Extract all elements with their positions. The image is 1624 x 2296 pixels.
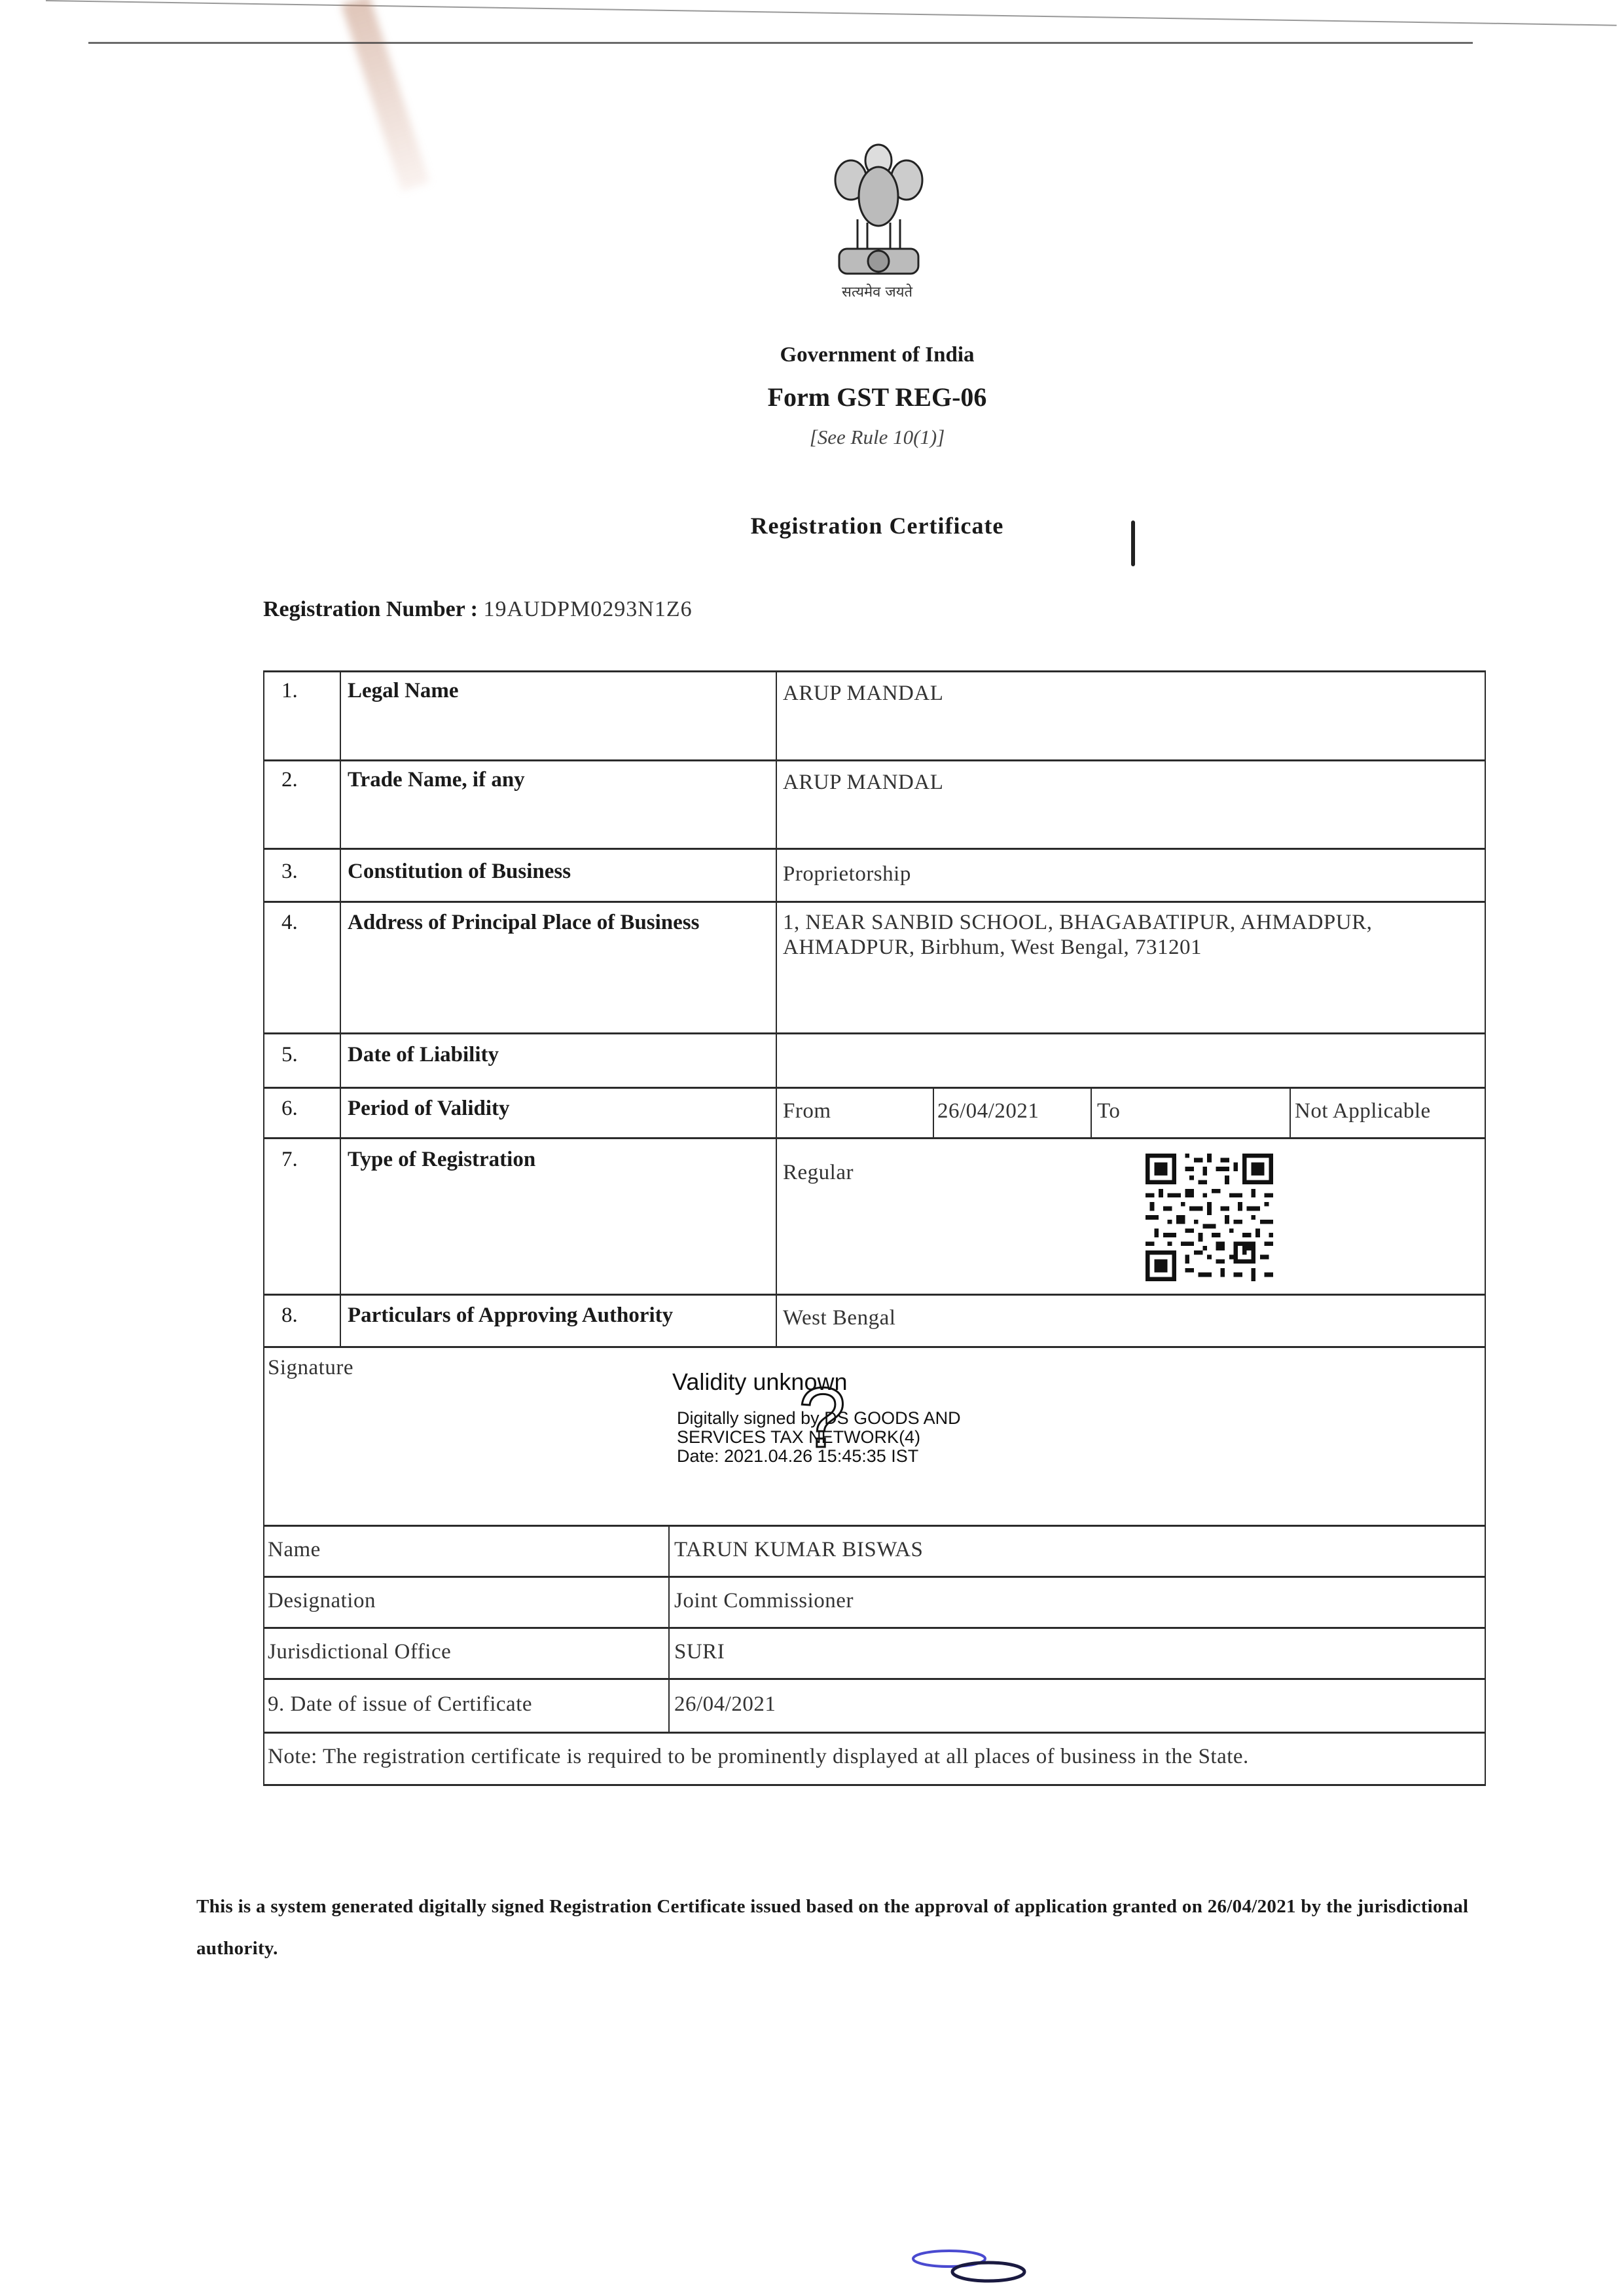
row-number: 4. [281,910,298,935]
designation-label: Designation [268,1588,376,1613]
emblem-motto: सत्यमेव जयते [785,282,969,301]
registration-number: Registration Number : 19AUDPM0293N1Z6 [263,597,693,622]
form-title: Form GST REG-06 [615,382,1139,412]
qr-code-icon [1146,1154,1273,1281]
label-period-of-validity: Period of Validity [348,1096,510,1121]
jurisdictional-office-value: SURI [674,1639,725,1664]
signed-by-line-2: SERVICES TAX NETWORK(4) [677,1428,961,1447]
scan-stain [341,0,430,191]
value-legal-name: ARUP MANDAL [783,681,943,706]
authority-name-value: TARUN KUMAR BISWAS [674,1537,923,1562]
validity-to-value: Not Applicable [1295,1099,1431,1123]
label-trade-name: Trade Name, if any [348,767,525,792]
value-constitution: Proprietorship [783,862,911,886]
registration-number-label: Registration Number : [263,597,478,621]
label-type-of-registration: Type of Registration [348,1147,535,1172]
jurisdictional-office-label: Jurisdictional Office [268,1639,451,1664]
signed-by-line-1: Digitally signed by DS GOODS AND [677,1409,961,1428]
national-emblem-icon [831,141,926,282]
authority-name-label: Name [268,1537,321,1562]
validity-to-label: To [1097,1099,1120,1123]
date-of-issue-value: 26/04/2021 [674,1692,776,1717]
row-number: 8. [281,1303,298,1328]
government-heading: Government of India [615,343,1139,367]
row-number: 1. [281,678,298,703]
registration-number-value: 19AUDPM0293N1Z6 [484,597,693,621]
row-number: 6. [281,1096,298,1121]
paper-edge [46,0,1617,26]
pen-scribble [897,2246,1054,2285]
validity-from-label: From [783,1099,831,1123]
top-rule [88,42,1473,44]
system-generated-notice: This is a system generated digitally sig… [196,1886,1538,1969]
row-number: 2. [281,767,298,792]
display-note: Note: The registration certificate is re… [268,1744,1479,1769]
validity-from-date: 26/04/2021 [937,1099,1039,1123]
label-legal-name: Legal Name [348,678,459,703]
label-address: Address of Principal Place of Business [348,910,767,935]
signature-details: Digitally signed by DS GOODS AND SERVICE… [677,1409,961,1466]
date-of-issue-label: 9. Date of issue of Certificate [268,1692,532,1717]
row-number: 3. [281,859,298,884]
scan-mark [1131,520,1135,566]
designation-value: Joint Commissioner [674,1588,854,1613]
value-address: 1, NEAR SANBID SCHOOL, BHAGABATIPUR, AHM… [783,910,1483,960]
row-number: 5. [281,1042,298,1067]
label-constitution: Constitution of Business [348,859,571,884]
value-trade-name: ARUP MANDAL [783,770,943,795]
label-approving-authority: Particulars of Approving Authority [348,1303,673,1328]
rule-reference: [See Rule 10(1)] [615,426,1139,449]
label-date-of-liability: Date of Liability [348,1042,499,1067]
signature-label: Signature [268,1355,353,1380]
certificate-title: Registration Certificate [615,512,1139,539]
value-approving-authority: West Bengal [783,1305,895,1330]
signature-date: Date: 2021.04.26 15:45:35 IST [677,1447,961,1466]
value-type-of-registration: Regular [783,1160,854,1185]
row-number: 7. [281,1147,298,1172]
